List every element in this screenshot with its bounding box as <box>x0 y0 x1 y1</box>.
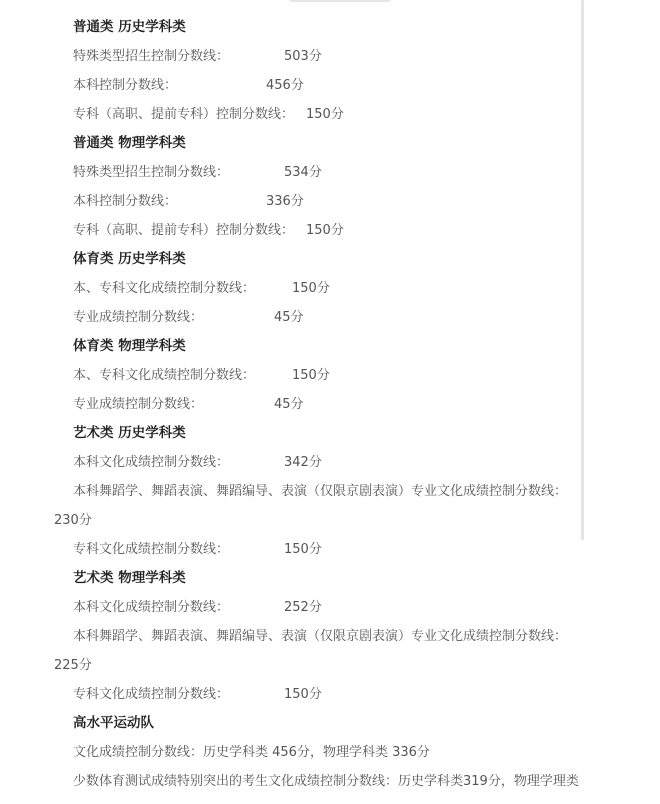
score-label: 专科（高职、提前专科）控制分数线： <box>73 223 294 238</box>
score-row: 专科（高职、提前专科）控制分数线： 150分 <box>54 216 584 245</box>
score-label: 本科舞蹈学、舞蹈表演、舞蹈编导、表演（仅限京剧表演）专业文化成绩控制分数线： <box>73 629 567 644</box>
score-row: 本科控制分数线： 336分 <box>54 187 584 216</box>
score-row: 本科文化成绩控制分数线： 252分 <box>54 593 584 622</box>
score-label: 专科文化成绩控制分数线： <box>73 687 229 702</box>
score-value: 45分 <box>274 390 304 419</box>
section-heading: 普通类 物理学科类 <box>54 129 584 158</box>
score-row-long: 本科舞蹈学、舞蹈表演、舞蹈编导、表演（仅限京剧表演）专业文化成绩控制分数线： <box>54 477 584 506</box>
score-label: 专业成绩控制分数线： <box>73 310 203 325</box>
score-value: 336分 <box>266 187 304 216</box>
score-value: 252分 <box>284 593 322 622</box>
score-label: 专科文化成绩控制分数线： <box>73 542 229 557</box>
score-value: 342分 <box>284 448 322 477</box>
score-row: 专科文化成绩控制分数线： 150分 <box>54 680 584 709</box>
score-label: 本科文化成绩控制分数线： <box>73 600 229 615</box>
score-value: 150分 <box>306 216 344 245</box>
score-value: 150分 <box>292 361 330 390</box>
score-value: 150分 <box>284 680 322 709</box>
score-row: 专业成绩控制分数线： 45分 <box>54 303 584 332</box>
score-value: 534分 <box>284 158 322 187</box>
score-row-truncated: 少数体育测试成绩特别突出的考生文化成绩控制分数线：历史学科类319分，物理学理类 <box>54 767 660 796</box>
section-heading: 体育类 物理学科类 <box>54 332 584 361</box>
score-row: 本、专科文化成绩控制分数线： 150分 <box>54 361 584 390</box>
score-value: 150分 <box>284 535 322 564</box>
score-value: 503分 <box>284 42 322 71</box>
score-label: 专业成绩控制分数线： <box>73 397 203 412</box>
score-label: 本科舞蹈学、舞蹈表演、舞蹈编导、表演（仅限京剧表演）专业文化成绩控制分数线： <box>73 484 567 499</box>
score-row: 文化成绩控制分数线：历史学科类 456分，物理学科类 336分 <box>54 738 584 767</box>
score-value: 45分 <box>274 303 304 332</box>
section-heading: 艺术类 物理学科类 <box>54 564 584 593</box>
section-heading: 普通类 历史学科类 <box>54 13 584 42</box>
score-row: 专科（高职、提前专科）控制分数线： 150分 <box>54 100 584 129</box>
section-heading: 体育类 历史学科类 <box>54 245 584 274</box>
score-label: 本科控制分数线： <box>73 194 177 209</box>
score-label: 特殊类型招生控制分数线： <box>73 49 229 64</box>
score-row: 本、专科文化成绩控制分数线： 150分 <box>54 274 584 303</box>
score-label: 本科文化成绩控制分数线： <box>73 455 229 470</box>
score-label: 本科控制分数线： <box>73 78 177 93</box>
score-label: 本、专科文化成绩控制分数线： <box>73 281 255 296</box>
score-label: 特殊类型招生控制分数线： <box>73 165 229 180</box>
score-row: 本科控制分数线： 456分 <box>54 71 584 100</box>
score-label: 专科（高职、提前专科）控制分数线： <box>73 107 294 122</box>
score-label: 本、专科文化成绩控制分数线： <box>73 368 255 383</box>
score-row: 本科文化成绩控制分数线： 342分 <box>54 448 584 477</box>
cut-off-text-fragment <box>290 0 390 2</box>
score-value-wrapped: 230分 <box>54 506 584 535</box>
score-value-wrapped: 225分 <box>54 651 584 680</box>
score-row-long: 本科舞蹈学、舞蹈表演、舞蹈编导、表演（仅限京剧表演）专业文化成绩控制分数线： <box>54 622 584 651</box>
score-value: 456分 <box>266 71 304 100</box>
score-row: 特殊类型招生控制分数线： 534分 <box>54 158 584 187</box>
score-row: 专业成绩控制分数线： 45分 <box>54 390 584 419</box>
score-row: 特殊类型招生控制分数线： 503分 <box>54 42 584 71</box>
score-row: 专科文化成绩控制分数线： 150分 <box>54 535 584 564</box>
score-value: 150分 <box>292 274 330 303</box>
section-heading: 高水平运动队 <box>54 709 584 738</box>
section-heading: 艺术类 历史学科类 <box>54 419 584 448</box>
score-lines-document: 普通类 历史学科类 特殊类型招生控制分数线： 503分 本科控制分数线： 456… <box>54 13 584 796</box>
score-value: 150分 <box>306 100 344 129</box>
